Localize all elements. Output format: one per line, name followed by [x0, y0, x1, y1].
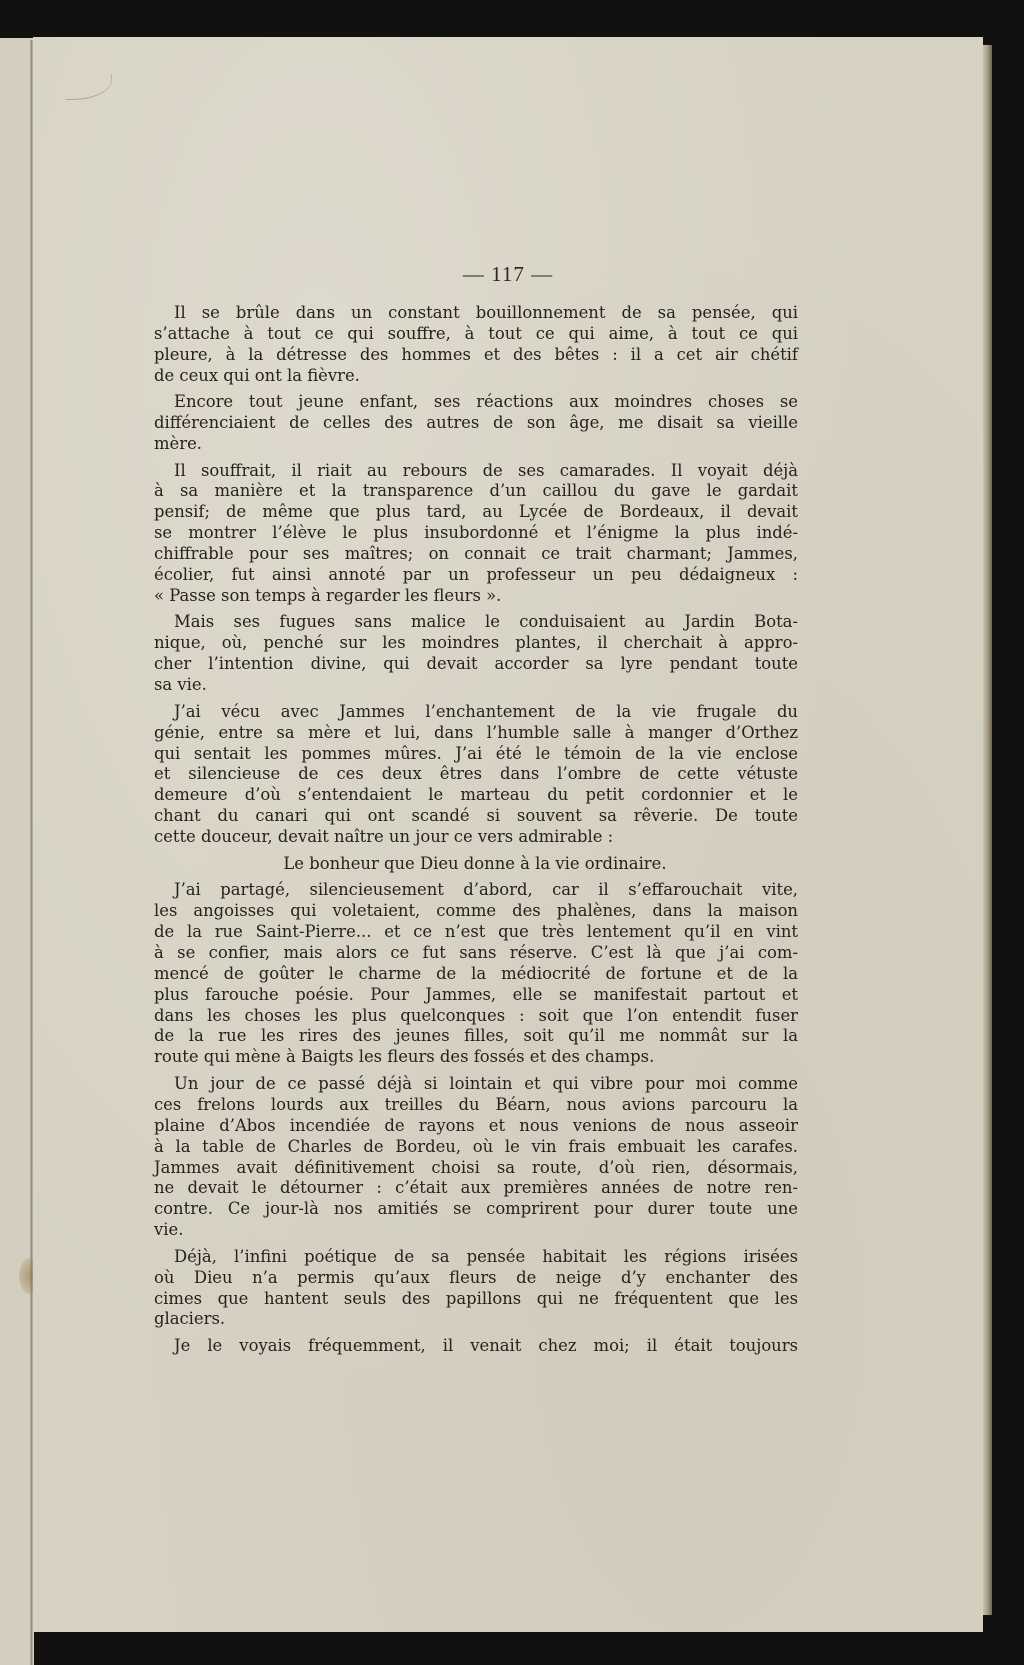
- text-line: chiffrable pour ses maîtres; on connait …: [134, 544, 798, 565]
- torn-corner: [66, 74, 112, 100]
- paragraph-7: Un jour de ce passé déjà si lointain et …: [134, 1074, 798, 1241]
- text-line: dans les choses les plus quelconques : s…: [134, 1006, 798, 1027]
- text-line: Il se brûle dans un constant bouillonnem…: [134, 303, 798, 324]
- text-line: écolier, fut ainsi annoté par un profess…: [134, 565, 798, 586]
- text-line: à la table de Charles de Bordeu, où le v…: [134, 1137, 798, 1158]
- paragraph-5: J’ai vécu avec Jammes l’enchantement de …: [134, 702, 798, 848]
- text-line: cher l’intention divine, qui devait acco…: [134, 654, 798, 675]
- page-number: — 117 —: [33, 262, 983, 287]
- text-line: vie.: [134, 1220, 798, 1241]
- text-line: cette douceur, devait naître un jour ce …: [134, 827, 798, 848]
- text-line: à sa manière et la transparence d’un cai…: [134, 481, 798, 502]
- text-line: mencé de goûter le charme de la médiocri…: [134, 964, 798, 985]
- text-line: Déjà, l’infini poétique de sa pensée hab…: [134, 1247, 798, 1268]
- text-line: Jammes avait définitivement choisi sa ro…: [134, 1158, 798, 1179]
- text-line: sa vie.: [134, 675, 798, 696]
- paragraph-2: Encore tout jeune enfant, ses réactions …: [134, 392, 798, 455]
- text-line: pensif; de même que plus tard, au Lycée …: [134, 502, 798, 523]
- previous-page-strip: [0, 38, 34, 1665]
- text-line: demeure d’où s’entendaient le marteau du…: [134, 785, 798, 806]
- text-line: mère.: [134, 434, 798, 455]
- text-line: Mais ses fugues sans malice le conduisai…: [134, 612, 798, 633]
- text-line: génie, entre sa mère et lui, dans l’humb…: [134, 723, 798, 744]
- paragraph-4: Mais ses fugues sans malice le conduisai…: [134, 612, 798, 696]
- paragraph-8: Déjà, l’infini poétique de sa pensée hab…: [134, 1247, 798, 1331]
- text-line: de la rue Saint-Pierre... et ce n’est qu…: [134, 922, 798, 943]
- text-line: qui sentait les pommes mûres. J’ai été l…: [134, 744, 798, 765]
- text-line: Un jour de ce passé déjà si lointain et …: [134, 1074, 798, 1095]
- text-line: cimes que hantent seuls des papillons qu…: [134, 1289, 798, 1310]
- text-line: J’ai vécu avec Jammes l’enchantement de …: [134, 702, 798, 723]
- text-line: à se confier, mais alors ce fut sans rés…: [134, 943, 798, 964]
- body-text: Il se brûle dans un constant bouillonnem…: [134, 303, 798, 1362]
- text-line: de ceux qui ont la fièvre.: [134, 366, 798, 387]
- text-line: « Passe son temps à regarder les fleurs …: [134, 586, 798, 607]
- text-line: pleure, à la détresse des hommes et des …: [134, 345, 798, 366]
- text-line: chant du canari qui ont scandé si souven…: [134, 806, 798, 827]
- text-line: J’ai partagé, silencieusement d’abord, c…: [134, 880, 798, 901]
- text-line: nique, où, penché sur les moindres plant…: [134, 633, 798, 654]
- text-line: plus farouche poésie. Pour Jammes, elle …: [134, 985, 798, 1006]
- text-line: ces frelons lourds aux treilles du Béarn…: [134, 1095, 798, 1116]
- paragraph-3: Il souffrait, il riait au rebours de ses…: [134, 461, 798, 607]
- text-line: de la rue les rires des jeunes filles, s…: [134, 1026, 798, 1047]
- text-line: Encore tout jeune enfant, ses réactions …: [134, 392, 798, 413]
- page-stack-edge: [983, 45, 992, 1615]
- quoted-verse: Le bonheur que Dieu donne à la vie ordin…: [134, 854, 798, 875]
- text-line: et silencieuse de ces deux êtres dans l’…: [134, 764, 798, 785]
- text-line: Il souffrait, il riait au rebours de ses…: [134, 461, 798, 482]
- text-line: Je le voyais fréquemment, il venait chez…: [134, 1336, 798, 1357]
- text-line: ne devait le détourner : c’était aux pre…: [134, 1178, 798, 1199]
- text-line: contre. Ce jour-là nos amitiés se compri…: [134, 1199, 798, 1220]
- page-sheet: — 117 — Il se brûle dans un constant bou…: [33, 37, 983, 1632]
- text-line: où Dieu n’a permis qu’aux fleurs de neig…: [134, 1268, 798, 1289]
- text-line: glaciers.: [134, 1309, 798, 1330]
- text-line: les angoisses qui voletaient, comme des …: [134, 901, 798, 922]
- paragraph-1: Il se brûle dans un constant bouillonnem…: [134, 303, 798, 387]
- text-line: se montrer l’élève le plus insubordonné …: [134, 523, 798, 544]
- paragraph-9: Je le voyais fréquemment, il venait chez…: [134, 1336, 798, 1357]
- paragraph-6: J’ai partagé, silencieusement d’abord, c…: [134, 880, 798, 1068]
- scanned-book-page: — 117 — Il se brûle dans un constant bou…: [0, 0, 1024, 1665]
- text-line: différenciaient de celles des autres de …: [134, 413, 798, 434]
- text-line: route qui mène à Baigts les fleurs des f…: [134, 1047, 798, 1068]
- text-line: s’attache à tout ce qui souffre, à tout …: [134, 324, 798, 345]
- text-line: plaine d’Abos incendiée de rayons et nou…: [134, 1116, 798, 1137]
